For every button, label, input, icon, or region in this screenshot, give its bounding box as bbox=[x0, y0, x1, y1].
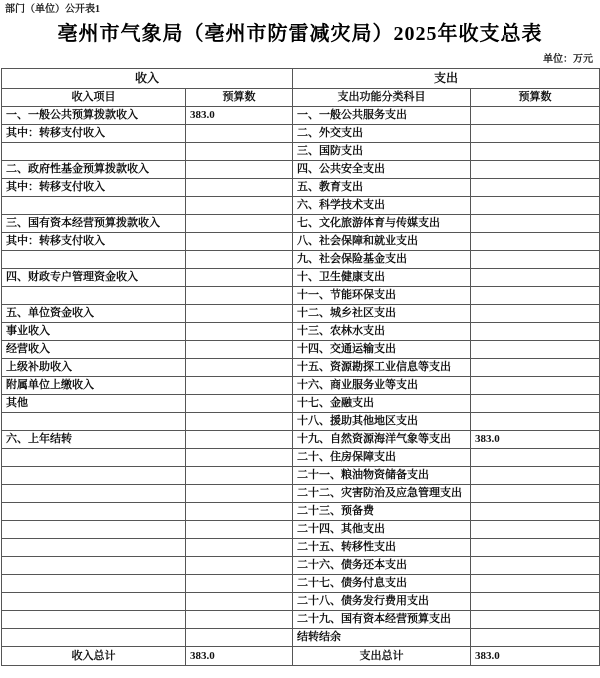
table-row: 二十一、粮油物资储备支出 bbox=[2, 467, 600, 485]
expense-item-cell: 三、国防支出 bbox=[293, 143, 471, 161]
expense-group-header: 支出 bbox=[293, 69, 600, 89]
expense-item-cell: 一、一般公共服务支出 bbox=[293, 107, 471, 125]
income-budget-cell bbox=[186, 287, 293, 305]
expense-budget-cell bbox=[471, 197, 600, 215]
group-header-row: 收入 支出 bbox=[2, 69, 600, 89]
income-budget-cell bbox=[186, 413, 293, 431]
expense-budget-cell bbox=[471, 557, 600, 575]
income-budget-cell bbox=[186, 215, 293, 233]
table-row: 五、单位资金收入十二、城乡社区支出 bbox=[2, 305, 600, 323]
expense-item-cell: 八、社会保障和就业支出 bbox=[293, 233, 471, 251]
table-row: 十一、节能环保支出 bbox=[2, 287, 600, 305]
expense-budget-cell bbox=[471, 125, 600, 143]
income-budget-cell bbox=[186, 539, 293, 557]
expense-item-cell: 十九、自然资源海洋气象等支出 bbox=[293, 431, 471, 449]
budget-summary-table: 收入 支出 收入项目 预算数 支出功能分类科目 预算数 一、一般公共预算拨款收入… bbox=[1, 68, 600, 666]
expense-budget-cell bbox=[471, 449, 600, 467]
expense-item-cell: 七、文化旅游体育与传媒支出 bbox=[293, 215, 471, 233]
income-item-cell bbox=[2, 611, 186, 629]
expense-budget-cell bbox=[471, 539, 600, 557]
income-budget-cell bbox=[186, 395, 293, 413]
income-budget-cell bbox=[186, 233, 293, 251]
income-item-cell bbox=[2, 593, 186, 611]
expense-item-header: 支出功能分类科目 bbox=[293, 89, 471, 107]
income-budget-header: 预算数 bbox=[186, 89, 293, 107]
income-group-header: 收入 bbox=[2, 69, 293, 89]
expense-item-cell: 二十九、国有资本经营预算支出 bbox=[293, 611, 471, 629]
income-budget-cell bbox=[186, 143, 293, 161]
income-budget-cell bbox=[186, 197, 293, 215]
income-item-cell: 五、单位资金收入 bbox=[2, 305, 186, 323]
expense-item-cell: 二十三、预备费 bbox=[293, 503, 471, 521]
income-budget-cell bbox=[186, 341, 293, 359]
expense-item-cell: 十五、资源勘探工业信息等支出 bbox=[293, 359, 471, 377]
expense-budget-cell bbox=[471, 323, 600, 341]
income-item-cell bbox=[2, 197, 186, 215]
expense-budget-cell bbox=[471, 503, 600, 521]
income-budget-cell bbox=[186, 179, 293, 197]
table-row: 其他十七、金融支出 bbox=[2, 395, 600, 413]
income-budget-cell bbox=[186, 449, 293, 467]
expense-item-cell: 二十一、粮油物资储备支出 bbox=[293, 467, 471, 485]
income-budget-cell bbox=[186, 359, 293, 377]
income-item-cell bbox=[2, 143, 186, 161]
expense-item-cell: 九、社会保险基金支出 bbox=[293, 251, 471, 269]
income-item-cell: 其中：转移支付收入 bbox=[2, 233, 186, 251]
income-item-cell: 三、国有资本经营预算拨款收入 bbox=[2, 215, 186, 233]
expense-budget-cell bbox=[471, 341, 600, 359]
expense-budget-cell bbox=[471, 287, 600, 305]
income-budget-cell bbox=[186, 557, 293, 575]
expense-total-label: 支出总计 bbox=[293, 647, 471, 666]
income-item-cell bbox=[2, 557, 186, 575]
expense-budget-cell bbox=[471, 413, 600, 431]
table-row: 上级补助收入十五、资源勘探工业信息等支出 bbox=[2, 359, 600, 377]
income-total-label: 收入总计 bbox=[2, 647, 186, 666]
table-row: 结转结余 bbox=[2, 629, 600, 647]
income-item-cell: 事业收入 bbox=[2, 323, 186, 341]
expense-budget-cell bbox=[471, 305, 600, 323]
income-item-cell: 其中：转移支付收入 bbox=[2, 179, 186, 197]
table-row: 二十六、债务还本支出 bbox=[2, 557, 600, 575]
table-row: 十八、援助其他地区支出 bbox=[2, 413, 600, 431]
table-row: 附属单位上缴收入十六、商业服务业等支出 bbox=[2, 377, 600, 395]
column-header-row: 收入项目 预算数 支出功能分类科目 预算数 bbox=[2, 89, 600, 107]
income-total-value: 383.0 bbox=[186, 647, 293, 666]
expense-item-cell: 十六、商业服务业等支出 bbox=[293, 377, 471, 395]
expense-item-cell: 二十八、债务发行费用支出 bbox=[293, 593, 471, 611]
income-item-cell: 上级补助收入 bbox=[2, 359, 186, 377]
expense-item-cell: 二十六、债务还本支出 bbox=[293, 557, 471, 575]
income-item-cell: 六、上年结转 bbox=[2, 431, 186, 449]
table-row: 六、上年结转十九、自然资源海洋气象等支出383.0 bbox=[2, 431, 600, 449]
income-budget-cell bbox=[186, 323, 293, 341]
expense-budget-cell: 383.0 bbox=[471, 431, 600, 449]
income-budget-cell bbox=[186, 593, 293, 611]
corner-note: 部门（单位）公开表1 bbox=[0, 0, 600, 16]
expense-item-cell: 十八、援助其他地区支出 bbox=[293, 413, 471, 431]
expense-item-cell: 二十五、转移性支出 bbox=[293, 539, 471, 557]
expense-budget-cell bbox=[471, 575, 600, 593]
table-row: 其中：转移支付收入二、外交支出 bbox=[2, 125, 600, 143]
table-row: 事业收入十三、农林水支出 bbox=[2, 323, 600, 341]
income-budget-cell bbox=[186, 125, 293, 143]
table-row: 三、国有资本经营预算拨款收入七、文化旅游体育与传媒支出 bbox=[2, 215, 600, 233]
expense-budget-cell bbox=[471, 107, 600, 125]
expense-budget-cell bbox=[471, 377, 600, 395]
expense-budget-cell bbox=[471, 611, 600, 629]
income-budget-cell bbox=[186, 467, 293, 485]
income-item-cell: 附属单位上缴收入 bbox=[2, 377, 186, 395]
expense-budget-cell bbox=[471, 395, 600, 413]
income-item-cell: 其中：转移支付收入 bbox=[2, 125, 186, 143]
expense-item-cell: 二十二、灾害防治及应急管理支出 bbox=[293, 485, 471, 503]
income-budget-cell bbox=[186, 431, 293, 449]
income-budget-cell bbox=[186, 269, 293, 287]
expense-item-cell: 六、科学技术支出 bbox=[293, 197, 471, 215]
expense-budget-cell bbox=[471, 215, 600, 233]
income-budget-cell bbox=[186, 251, 293, 269]
income-budget-cell bbox=[186, 503, 293, 521]
expense-item-cell: 五、教育支出 bbox=[293, 179, 471, 197]
table-row: 二、政府性基金预算拨款收入四、公共安全支出 bbox=[2, 161, 600, 179]
expense-budget-cell bbox=[471, 161, 600, 179]
income-item-cell bbox=[2, 413, 186, 431]
income-item-cell bbox=[2, 467, 186, 485]
expense-budget-cell bbox=[471, 593, 600, 611]
expense-budget-cell bbox=[471, 485, 600, 503]
expense-budget-cell bbox=[471, 467, 600, 485]
table-row: 二十九、国有资本经营预算支出 bbox=[2, 611, 600, 629]
income-budget-cell bbox=[186, 161, 293, 179]
income-item-cell bbox=[2, 575, 186, 593]
unit-note: 单位：万元 bbox=[0, 54, 600, 68]
expense-total-value: 383.0 bbox=[471, 647, 600, 666]
table-row: 二十五、转移性支出 bbox=[2, 539, 600, 557]
expense-budget-cell bbox=[471, 269, 600, 287]
expense-item-cell: 四、公共安全支出 bbox=[293, 161, 471, 179]
expense-item-cell: 二十、住房保障支出 bbox=[293, 449, 471, 467]
table-row: 其中：转移支付收入五、教育支出 bbox=[2, 179, 600, 197]
table-row: 二十四、其他支出 bbox=[2, 521, 600, 539]
income-item-cell bbox=[2, 503, 186, 521]
table-row: 九、社会保险基金支出 bbox=[2, 251, 600, 269]
totals-row: 收入总计 383.0 支出总计 383.0 bbox=[2, 647, 600, 666]
expense-item-cell: 结转结余 bbox=[293, 629, 471, 647]
table-row: 四、财政专户管理资金收入十、卫生健康支出 bbox=[2, 269, 600, 287]
income-item-cell bbox=[2, 629, 186, 647]
expense-item-cell: 十、卫生健康支出 bbox=[293, 269, 471, 287]
income-budget-cell bbox=[186, 377, 293, 395]
table-body: 一、一般公共预算拨款收入383.0一、一般公共服务支出其中：转移支付收入二、外交… bbox=[2, 107, 600, 647]
expense-item-cell: 十二、城乡社区支出 bbox=[293, 305, 471, 323]
expense-item-cell: 十三、农林水支出 bbox=[293, 323, 471, 341]
expense-budget-cell bbox=[471, 233, 600, 251]
income-budget-cell bbox=[186, 611, 293, 629]
income-item-cell: 二、政府性基金预算拨款收入 bbox=[2, 161, 186, 179]
expense-budget-cell bbox=[471, 143, 600, 161]
income-budget-cell bbox=[186, 521, 293, 539]
income-item-cell: 一、一般公共预算拨款收入 bbox=[2, 107, 186, 125]
expense-item-cell: 二十四、其他支出 bbox=[293, 521, 471, 539]
income-item-cell: 其他 bbox=[2, 395, 186, 413]
expense-item-cell: 十七、金融支出 bbox=[293, 395, 471, 413]
income-item-cell bbox=[2, 449, 186, 467]
page-title: 亳州市气象局（亳州市防雷减灾局）2025年收支总表 bbox=[0, 21, 600, 47]
income-item-cell: 经营收入 bbox=[2, 341, 186, 359]
table-row: 经营收入十四、交通运输支出 bbox=[2, 341, 600, 359]
table-row: 六、科学技术支出 bbox=[2, 197, 600, 215]
income-item-cell bbox=[2, 521, 186, 539]
income-item-cell bbox=[2, 287, 186, 305]
table-row: 二十、住房保障支出 bbox=[2, 449, 600, 467]
table-row: 二十三、预备费 bbox=[2, 503, 600, 521]
expense-item-cell: 二十七、债务付息支出 bbox=[293, 575, 471, 593]
table-row: 二十八、债务发行费用支出 bbox=[2, 593, 600, 611]
expense-budget-cell bbox=[471, 521, 600, 539]
income-budget-cell bbox=[186, 485, 293, 503]
expense-budget-cell bbox=[471, 629, 600, 647]
expense-budget-header: 预算数 bbox=[471, 89, 600, 107]
income-budget-cell bbox=[186, 305, 293, 323]
table-row: 一、一般公共预算拨款收入383.0一、一般公共服务支出 bbox=[2, 107, 600, 125]
income-budget-cell bbox=[186, 629, 293, 647]
expense-item-cell: 二、外交支出 bbox=[293, 125, 471, 143]
table-row: 其中：转移支付收入八、社会保障和就业支出 bbox=[2, 233, 600, 251]
table-row: 二十二、灾害防治及应急管理支出 bbox=[2, 485, 600, 503]
expense-budget-cell bbox=[471, 179, 600, 197]
table-row: 二十七、债务付息支出 bbox=[2, 575, 600, 593]
income-budget-cell bbox=[186, 575, 293, 593]
income-item-cell: 四、财政专户管理资金收入 bbox=[2, 269, 186, 287]
income-item-cell bbox=[2, 485, 186, 503]
expense-budget-cell bbox=[471, 359, 600, 377]
expense-budget-cell bbox=[471, 251, 600, 269]
expense-item-cell: 十四、交通运输支出 bbox=[293, 341, 471, 359]
expense-item-cell: 十一、节能环保支出 bbox=[293, 287, 471, 305]
income-item-cell bbox=[2, 539, 186, 557]
income-item-header: 收入项目 bbox=[2, 89, 186, 107]
table-row: 三、国防支出 bbox=[2, 143, 600, 161]
income-item-cell bbox=[2, 251, 186, 269]
income-budget-cell: 383.0 bbox=[186, 107, 293, 125]
